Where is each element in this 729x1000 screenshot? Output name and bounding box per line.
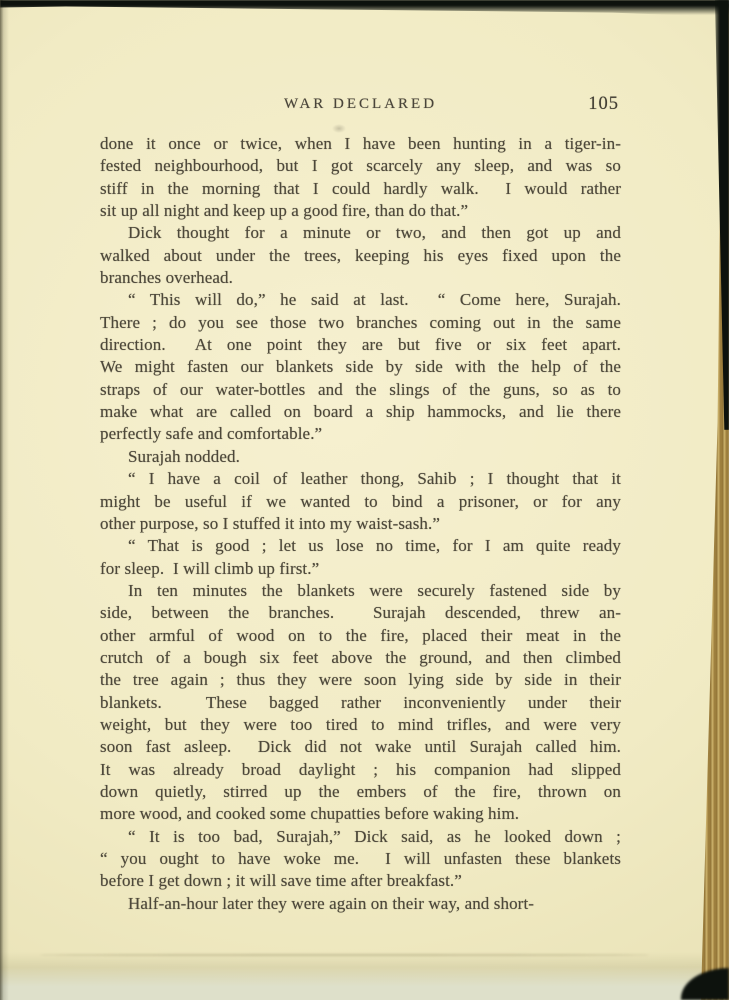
text-line: There ; do you see those two branches co… <box>100 312 621 334</box>
text-line: “ It is too bad, Surajah,” Dick said, as… <box>100 826 621 848</box>
book-page-scan: WAR DECLARED 105 done it once or twice, … <box>0 0 729 1000</box>
running-title: WAR DECLARED <box>284 96 437 113</box>
text-line: straps of our water-bottles and the slin… <box>100 379 621 401</box>
text-line: walked about under the trees, keeping hi… <box>100 245 621 267</box>
text-line: fested neighbourhood, but I got scarcely… <box>100 155 621 177</box>
text-line: soon fast asleep. Dick did not wake unti… <box>100 736 621 758</box>
text-line: weight, but they were too tired to mind … <box>100 714 621 736</box>
text-line: for sleep. I will climb up first.” <box>100 558 621 580</box>
text-line: direction. At one point they are but fiv… <box>100 334 621 356</box>
text-line: “ This will do,” he said at last. “ Come… <box>100 289 621 311</box>
text-line: “ That is good ; let us lose no time, fo… <box>100 535 621 557</box>
page-crease-line <box>40 954 649 956</box>
text-line: In ten minutes the blankets were securel… <box>100 580 621 602</box>
top-edge-shadow <box>0 0 729 17</box>
book-page: WAR DECLARED 105 done it once or twice, … <box>100 94 621 915</box>
text-line: side, between the branches. Surajah desc… <box>100 602 621 624</box>
text-line: Surajah nodded. <box>100 446 621 468</box>
text-line: more wood, and cooked some chupatties be… <box>100 803 621 825</box>
text-line: Dick thought for a minute or two, and th… <box>100 222 621 244</box>
page-bottom-curl <box>0 952 729 1000</box>
text-line: stiff in the morning that I could hardly… <box>100 178 621 200</box>
text-line: might be useful if we wanted to bind a p… <box>100 491 621 513</box>
text-line: It was already broad daylight ; his comp… <box>100 759 621 781</box>
text-line: “ I have a coil of leather thong, Sahib … <box>100 468 621 490</box>
text-line: before I get down ; it will save time af… <box>100 870 621 892</box>
text-line: “ you ought to have woke me. I will unfa… <box>100 848 621 870</box>
text-line: branches overhead. <box>100 267 621 289</box>
page-header: WAR DECLARED 105 <box>100 94 621 120</box>
text-line: We might fasten our blankets side by sid… <box>100 356 621 378</box>
page-number: 105 <box>588 94 619 115</box>
text-line: other armful of wood on to the fire, pla… <box>100 625 621 647</box>
text-line: perfectly safe and comfortable.” <box>100 423 621 445</box>
text-line: sit up all night and keep up a good fire… <box>100 200 621 222</box>
spine-gutter-shadow <box>0 0 12 1000</box>
text-line: other purpose, so I stuffed it into my w… <box>100 513 621 535</box>
text-line: the tree again ; thus they were soon lyi… <box>100 669 621 691</box>
text-line: blankets. These bagged rather inconvenie… <box>100 692 621 714</box>
page-body: done it once or twice, when I have been … <box>100 133 621 915</box>
text-line: Half-an-hour later they were again on th… <box>100 893 621 915</box>
text-line: done it once or twice, when I have been … <box>100 133 621 155</box>
text-line: make what are called on board a ship ham… <box>100 401 621 423</box>
text-line: down quietly, stirred up the embers of t… <box>100 781 621 803</box>
text-line: crutch of a bough six feet above the gro… <box>100 647 621 669</box>
